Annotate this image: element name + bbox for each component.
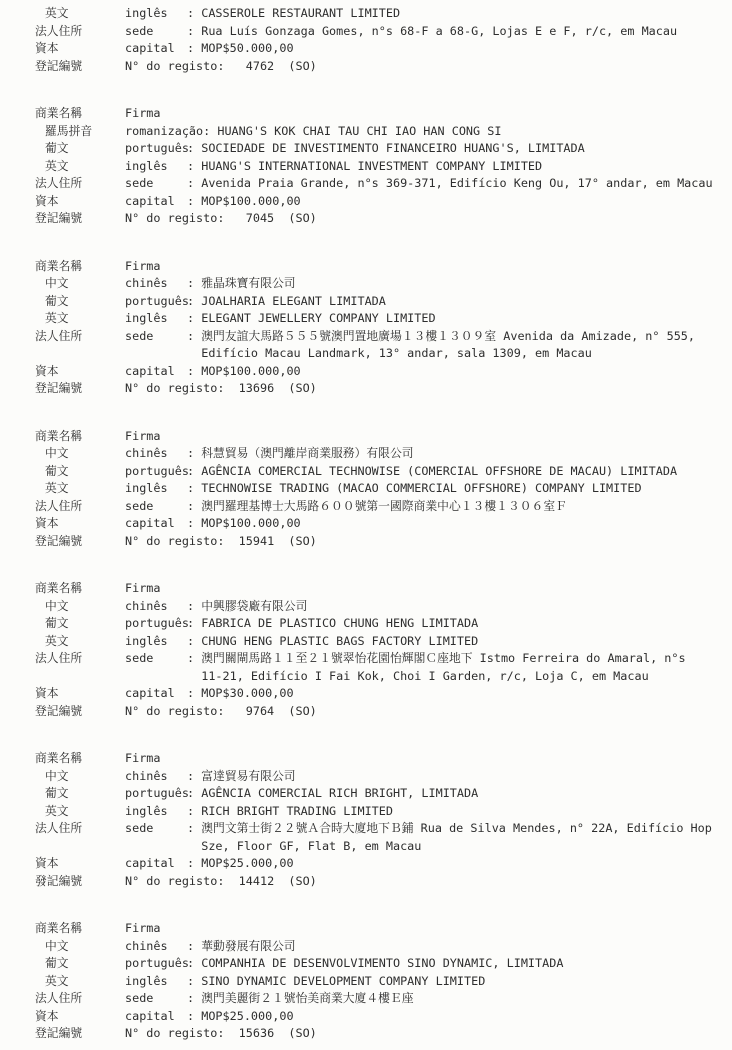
field-label-portuguese: sede <box>125 820 187 838</box>
field-value: COMPANHIA DE DESENVOLVIMENTO SINO DYNAMI… <box>201 955 732 973</box>
field-label-chinese: 中文 <box>35 445 125 463</box>
field-label-chinese: 法人住所 <box>35 650 125 668</box>
field-row: 商業名稱 Firma <box>35 258 732 276</box>
registry-document-page: 英文 inglês : CASSEROLE RESTAURANT LIMITED… <box>0 0 732 1050</box>
field-separator: : <box>187 498 201 516</box>
field-label-portuguese: sede <box>125 175 187 193</box>
field-separator: : <box>187 768 201 786</box>
field-label-portuguese: português <box>125 140 187 158</box>
field-label-chinese: 商業名稱 <box>35 580 125 598</box>
field-label-chinese: 中文 <box>35 768 125 786</box>
field-row: 法人住所 sede : 澳門文第士街２２號Ａ合時大廈地下Ｂ鋪 Rua de Si… <box>35 820 732 855</box>
field-value: JOALHARIA ELEGANT LIMITADA <box>201 293 732 311</box>
field-value: 澳門文第士街２２號Ａ合時大廈地下Ｂ鋪 Rua de Silva Mendes, … <box>201 820 732 855</box>
field-label-portuguese: português <box>125 785 187 803</box>
field-value: TECHNOWISE TRADING (MACAO COMMERCIAL OFF… <box>201 480 732 498</box>
field-label-chinese: 葡文 <box>35 785 125 803</box>
field-value: 14412 (SO) <box>224 873 732 891</box>
field-value: 澳門關閘馬路１１至２１號翠怡花園怡輝閣Ｃ座地下 Istmo Ferreira d… <box>201 650 732 685</box>
field-value: 華動發展有限公司 <box>201 938 732 956</box>
field-label-portuguese: inglês <box>125 480 187 498</box>
field-label-portuguese: português <box>125 463 187 481</box>
field-row: 資本 capital : MOP$100.000,00 <box>35 193 732 211</box>
field-row: 商業名稱 Firma <box>35 105 732 123</box>
field-row: 葡文 português : SOCIEDADE DE INVESTIMENTO… <box>35 140 732 158</box>
field-row: 法人住所 sede : 澳門美麗街２１號怡美商業大廈４樓Ｅ座 <box>35 990 732 1008</box>
field-separator: : <box>187 40 201 58</box>
field-label-chinese: 商業名稱 <box>35 920 125 938</box>
field-label-chinese: 法人住所 <box>35 820 125 838</box>
field-separator: : <box>187 955 201 973</box>
field-label-chinese: 商業名稱 <box>35 750 125 768</box>
registry-entry: 商業名稱 Firma 羅馬拼音 romanização: HUANG'S KOK… <box>35 105 732 228</box>
field-label-portuguese: N° do registo: <box>125 210 224 228</box>
field-label-chinese: 登記編號 <box>35 380 125 398</box>
field-value: AGÊNCIA COMERCIAL TECHNOWISE (COMERCIAL … <box>201 463 732 481</box>
field-row: 英文 inglês : CASSEROLE RESTAURANT LIMITED <box>35 5 732 23</box>
field-value: 富達貿易有限公司 <box>201 768 732 786</box>
field-row: 商業名稱 Firma <box>35 428 732 446</box>
field-label-portuguese: sede <box>125 990 187 1008</box>
field-label-chinese: 法人住所 <box>35 175 125 193</box>
field-value: Rua Luís Gonzaga Gomes, n°s 68-F a 68-G,… <box>201 23 732 41</box>
field-label-portuguese: sede <box>125 328 187 346</box>
field-row: 葡文 português : AGÊNCIA COMERCIAL RICH BR… <box>35 785 732 803</box>
field-value: 15941 (SO) <box>224 533 732 551</box>
field-label-portuguese: capital <box>125 685 187 703</box>
field-row: 登記編號 N° do registo: 15941 (SO) <box>35 533 732 551</box>
field-label-chinese: 葡文 <box>35 293 125 311</box>
field-separator: : <box>187 785 201 803</box>
field-row: 中文 chinês : 富達貿易有限公司 <box>35 768 732 786</box>
field-separator: : <box>187 140 201 158</box>
field-separator: : <box>187 615 201 633</box>
field-label-portuguese: português <box>125 293 187 311</box>
field-value: 科慧貿易（澳門離岸商業服務）有限公司 <box>201 445 732 463</box>
field-value: MOP$100.000,00 <box>201 193 732 211</box>
field-label-chinese: 英文 <box>35 803 125 821</box>
field-row: 登記編號 N° do registo: 15636 (SO) <box>35 1025 732 1043</box>
field-label-portuguese: N° do registo: <box>125 533 224 551</box>
field-value: CHUNG HENG PLASTIC BAGS FACTORY LIMITED <box>201 633 732 651</box>
field-label-chinese: 商業名稱 <box>35 105 125 123</box>
field-row: 中文 chinês : 華動發展有限公司 <box>35 938 732 956</box>
field-label-chinese: 英文 <box>35 310 125 328</box>
registry-entries-container: 英文 inglês : CASSEROLE RESTAURANT LIMITED… <box>35 5 732 1043</box>
field-value: ELEGANT JEWELLERY COMPANY LIMITED <box>201 310 732 328</box>
field-row: 發記編號 N° do registo: 14412 (SO) <box>35 873 732 891</box>
field-separator: : <box>187 480 201 498</box>
field-label-chinese: 登記編號 <box>35 1025 125 1043</box>
field-row: 登記編號 N° do registo: 7045 (SO) <box>35 210 732 228</box>
field-label-chinese: 法人住所 <box>35 498 125 516</box>
field-label-chinese: 法人住所 <box>35 328 125 346</box>
field-label-portuguese: inglês <box>125 973 187 991</box>
field-separator: : <box>187 938 201 956</box>
field-row: 資本 capital : MOP$25.000,00 <box>35 855 732 873</box>
field-row: 英文 inglês : HUANG'S INTERNATIONAL INVEST… <box>35 158 732 176</box>
field-separator: : <box>187 463 201 481</box>
field-label-chinese: 商業名稱 <box>35 428 125 446</box>
field-value: SOCIEDADE DE INVESTIMENTO FINANCEIRO HUA… <box>201 140 732 158</box>
registry-entry: 商業名稱 Firma 中文 chinês : 華動發展有限公司 葡文 portu… <box>35 920 732 1043</box>
field-row: 英文 inglês : TECHNOWISE TRADING (MACAO CO… <box>35 480 732 498</box>
field-label-chinese: 資本 <box>35 1008 125 1026</box>
field-row: 登記編號 N° do registo: 9764 (SO) <box>35 703 732 721</box>
field-label-portuguese: Firma <box>125 750 161 768</box>
field-label-portuguese: chinês <box>125 938 187 956</box>
field-label-chinese: 法人住所 <box>35 990 125 1008</box>
field-separator: : <box>187 515 201 533</box>
field-value: 中興膠袋廠有限公司 <box>201 598 732 616</box>
field-label-portuguese: N° do registo: <box>125 380 224 398</box>
field-label-portuguese: sede <box>125 498 187 516</box>
field-label-chinese: 資本 <box>35 40 125 58</box>
field-row: 英文 inglês : CHUNG HENG PLASTIC BAGS FACT… <box>35 633 732 651</box>
field-label-portuguese: capital <box>125 193 187 211</box>
field-separator: : <box>187 328 201 346</box>
field-label-portuguese: chinês <box>125 445 187 463</box>
field-label-portuguese: chinês <box>125 275 187 293</box>
field-row: 商業名稱 Firma <box>35 580 732 598</box>
field-label-portuguese: inglês <box>125 633 187 651</box>
field-label-portuguese: capital <box>125 515 187 533</box>
field-value: 13696 (SO) <box>224 380 732 398</box>
field-row: 商業名稱 Firma <box>35 750 732 768</box>
field-row: 葡文 português : JOALHARIA ELEGANT LIMITAD… <box>35 293 732 311</box>
field-row: 葡文 português : COMPANHIA DE DESENVOLVIME… <box>35 955 732 973</box>
field-label-chinese: 中文 <box>35 598 125 616</box>
field-row: 法人住所 sede : Avenida Praia Grande, n°s 36… <box>35 175 732 193</box>
field-label-portuguese: N° do registo: <box>125 1025 224 1043</box>
field-label-chinese: 英文 <box>35 158 125 176</box>
field-label-portuguese: capital <box>125 363 187 381</box>
field-row: 法人住所 sede : 澳門羅理基博士大馬路６００號第一國際商業中心１３樓１３０… <box>35 498 732 516</box>
field-label-chinese: 商業名稱 <box>35 258 125 276</box>
field-separator: : <box>187 193 201 211</box>
field-value: 15636 (SO) <box>224 1025 732 1043</box>
field-separator: : <box>187 650 201 668</box>
field-label-portuguese: N° do registo: <box>125 58 224 76</box>
field-value: MOP$50.000,00 <box>201 40 732 58</box>
field-separator: : <box>187 820 201 838</box>
field-separator: : <box>187 23 201 41</box>
field-separator: : <box>187 990 201 1008</box>
field-row: 登記編號 N° do registo: 4762 (SO) <box>35 58 732 76</box>
field-label-chinese: 葡文 <box>35 140 125 158</box>
field-label-chinese: 登記編號 <box>35 533 125 551</box>
field-value: 澳門羅理基博士大馬路６００號第一國際商業中心１３樓１３０６室Ｆ <box>201 498 732 516</box>
field-label-portuguese: Firma <box>125 105 161 123</box>
registry-entry: 商業名稱 Firma 中文 chinês : 富達貿易有限公司 葡文 portu… <box>35 750 732 890</box>
field-label-chinese: 英文 <box>35 633 125 651</box>
field-label-chinese: 登記編號 <box>35 210 125 228</box>
field-label-portuguese: Firma <box>125 428 161 446</box>
field-label-portuguese: capital <box>125 1008 187 1026</box>
registry-entry: 商業名稱 Firma 中文 chinês : 科慧貿易（澳門離岸商業服務）有限公… <box>35 428 732 551</box>
field-row: 葡文 português : FABRICA DE PLASTICO CHUNG… <box>35 615 732 633</box>
field-row: 英文 inglês : RICH BRIGHT TRADING LIMITED <box>35 803 732 821</box>
field-label-chinese: 發記編號 <box>35 873 125 891</box>
field-label-chinese: 登記編號 <box>35 58 125 76</box>
field-label-chinese: 資本 <box>35 685 125 703</box>
field-label-chinese: 資本 <box>35 515 125 533</box>
field-value: MOP$100.000,00 <box>201 515 732 533</box>
field-value: HUANG'S KOK CHAI TAU CHI IAO HAN CONG SI <box>210 123 732 141</box>
field-label-chinese: 葡文 <box>35 615 125 633</box>
field-label-chinese: 法人住所 <box>35 23 125 41</box>
field-separator: : <box>187 363 201 381</box>
field-value: HUANG'S INTERNATIONAL INVESTMENT COMPANY… <box>201 158 732 176</box>
field-value: 4762 (SO) <box>224 58 732 76</box>
field-separator: : <box>187 5 201 23</box>
field-row: 資本 capital : MOP$50.000,00 <box>35 40 732 58</box>
field-row: 登記編號 N° do registo: 13696 (SO) <box>35 380 732 398</box>
field-label-portuguese: inglês <box>125 158 187 176</box>
field-separator: : <box>187 293 201 311</box>
field-label-chinese: 羅馬拼音 <box>35 123 125 141</box>
field-separator: : <box>187 275 201 293</box>
field-row: 商業名稱 Firma <box>35 920 732 938</box>
field-label-chinese: 資本 <box>35 363 125 381</box>
field-label-chinese: 中文 <box>35 938 125 956</box>
field-label-chinese: 登記編號 <box>35 703 125 721</box>
field-separator: : <box>187 175 201 193</box>
field-value: 7045 (SO) <box>224 210 732 228</box>
field-label-portuguese: Firma <box>125 258 161 276</box>
field-value: MOP$25.000,00 <box>201 855 732 873</box>
field-separator: : <box>187 1008 201 1026</box>
field-value: AGÊNCIA COMERCIAL RICH BRIGHT, LIMITADA <box>201 785 732 803</box>
field-label-portuguese: Firma <box>125 580 161 598</box>
field-row: 中文 chinês : 科慧貿易（澳門離岸商業服務）有限公司 <box>35 445 732 463</box>
field-separator: : <box>187 855 201 873</box>
field-separator: : <box>187 685 201 703</box>
field-row: 資本 capital : MOP$100.000,00 <box>35 363 732 381</box>
field-value: Avenida Praia Grande, n°s 369-371, Edifí… <box>201 175 732 193</box>
field-label-portuguese: Firma <box>125 920 161 938</box>
field-label-chinese: 英文 <box>35 973 125 991</box>
field-row: 資本 capital : MOP$100.000,00 <box>35 515 732 533</box>
field-label-portuguese: capital <box>125 40 187 58</box>
field-value: RICH BRIGHT TRADING LIMITED <box>201 803 732 821</box>
registry-entry: 商業名稱 Firma 中文 chinês : 雅晶珠寶有限公司 葡文 portu… <box>35 258 732 398</box>
field-label-portuguese: capital <box>125 855 187 873</box>
field-row: 中文 chinês : 雅晶珠寶有限公司 <box>35 275 732 293</box>
field-label-chinese: 資本 <box>35 193 125 211</box>
field-label-portuguese: sede <box>125 650 187 668</box>
field-label-portuguese: inglês <box>125 803 187 821</box>
field-separator: : <box>187 445 201 463</box>
field-value: MOP$30.000,00 <box>201 685 732 703</box>
field-separator: : <box>187 633 201 651</box>
field-label-portuguese: inglês <box>125 310 187 328</box>
field-value: FABRICA DE PLASTICO CHUNG HENG LIMITADA <box>201 615 732 633</box>
field-label-portuguese: N° do registo: <box>125 873 224 891</box>
field-row: 法人住所 sede : 澳門友誼大馬路５５５號澳門置地廣場１３樓１３０９室 Av… <box>35 328 732 363</box>
field-separator: : <box>187 158 201 176</box>
field-label-portuguese: chinês <box>125 768 187 786</box>
registry-entry: 英文 inglês : CASSEROLE RESTAURANT LIMITED… <box>35 5 732 75</box>
field-row: 中文 chinês : 中興膠袋廠有限公司 <box>35 598 732 616</box>
field-row: 英文 inglês : SINO DYNAMIC DEVELOPMENT COM… <box>35 973 732 991</box>
field-label-portuguese: sede <box>125 23 187 41</box>
field-value: MOP$25.000,00 <box>201 1008 732 1026</box>
field-value: 9764 (SO) <box>224 703 732 721</box>
registry-entry: 商業名稱 Firma 中文 chinês : 中興膠袋廠有限公司 葡文 port… <box>35 580 732 720</box>
field-label-portuguese: português <box>125 615 187 633</box>
field-row: 法人住所 sede : Rua Luís Gonzaga Gomes, n°s … <box>35 23 732 41</box>
field-label-chinese: 葡文 <box>35 463 125 481</box>
field-label-chinese: 中文 <box>35 275 125 293</box>
field-row: 法人住所 sede : 澳門關閘馬路１１至２１號翠怡花園怡輝閣Ｃ座地下 Istm… <box>35 650 732 685</box>
field-row: 羅馬拼音 romanização: HUANG'S KOK CHAI TAU C… <box>35 123 732 141</box>
field-label-chinese: 資本 <box>35 855 125 873</box>
field-value: SINO DYNAMIC DEVELOPMENT COMPANY LIMITED <box>201 973 732 991</box>
field-separator: : <box>187 973 201 991</box>
field-label-portuguese: N° do registo: <box>125 703 224 721</box>
field-value: 雅晶珠寶有限公司 <box>201 275 732 293</box>
field-separator: : <box>187 310 201 328</box>
field-separator: : <box>187 803 201 821</box>
field-label-portuguese: português <box>125 955 187 973</box>
field-value: MOP$100.000,00 <box>201 363 732 381</box>
field-label-chinese: 英文 <box>35 480 125 498</box>
field-value: 澳門友誼大馬路５５５號澳門置地廣場１３樓１３０９室 Avenida da Ami… <box>201 328 732 363</box>
field-label-chinese: 葡文 <box>35 955 125 973</box>
field-row: 英文 inglês : ELEGANT JEWELLERY COMPANY LI… <box>35 310 732 328</box>
field-separator: : <box>187 598 201 616</box>
field-row: 葡文 português : AGÊNCIA COMERCIAL TECHNOW… <box>35 463 732 481</box>
field-label-chinese: 英文 <box>35 5 125 23</box>
field-label-portuguese: chinês <box>125 598 187 616</box>
field-row: 資本 capital : MOP$25.000,00 <box>35 1008 732 1026</box>
field-label-portuguese: romanização: <box>125 123 210 141</box>
field-value: CASSEROLE RESTAURANT LIMITED <box>201 5 732 23</box>
field-label-portuguese: inglês <box>125 5 187 23</box>
field-row: 資本 capital : MOP$30.000,00 <box>35 685 732 703</box>
field-value: 澳門美麗街２１號怡美商業大廈４樓Ｅ座 <box>201 990 732 1008</box>
